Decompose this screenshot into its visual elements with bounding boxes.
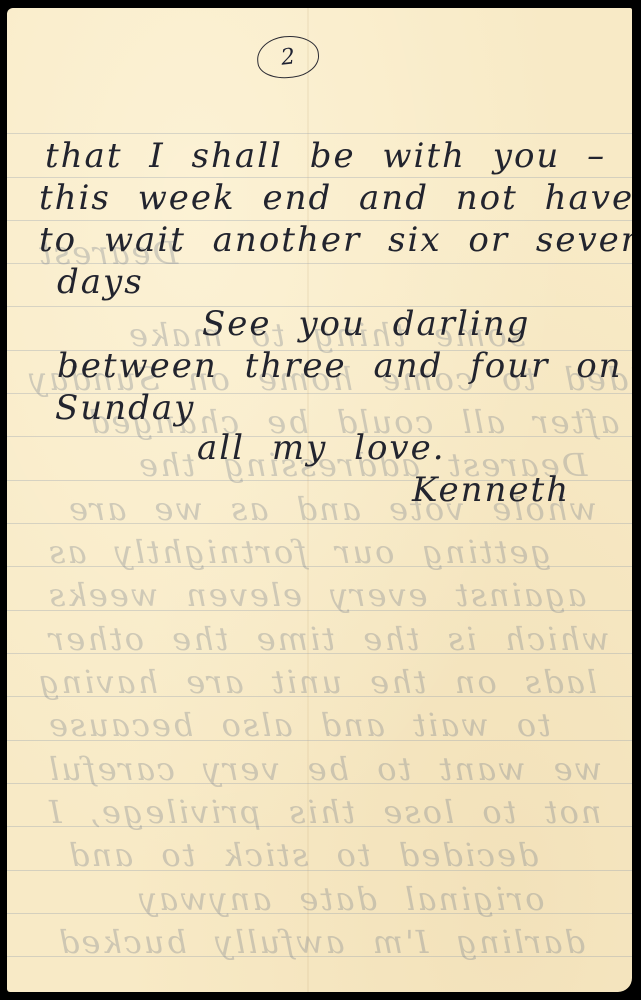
bleed-through-text: darling I'm awfully bucked: [57, 923, 585, 961]
bleed-through-text: original date anyway: [137, 880, 544, 918]
bleed-through-text: to wait and also because: [47, 706, 551, 744]
bleed-through-text: decided to stick to and: [67, 836, 538, 874]
signature: Kenneth: [412, 470, 570, 510]
page-number-circled: 2: [255, 33, 321, 81]
letter-line: days: [57, 262, 144, 302]
bleed-through-text: we want to be very careful: [47, 750, 602, 788]
closing-line: Sunday: [55, 388, 195, 428]
closing-line: between three and four on: [57, 346, 623, 386]
sign-off: all my love.: [197, 428, 446, 468]
letter-line: to wait another six or seven: [39, 220, 632, 260]
closing-line: See you darling: [202, 304, 530, 344]
bleed-through-text: getting our fortnightly as: [47, 533, 551, 571]
bleed-through-text: which is the time the other: [47, 620, 609, 658]
letter-page: Dearest some thing to make decided to co…: [7, 8, 632, 992]
ruled-line: [7, 133, 632, 134]
bleed-through-text: against every eleven weeks: [47, 576, 586, 614]
bleed-through-text: lads on the unit are having: [37, 663, 597, 701]
letter-line: that I shall be with you –: [45, 136, 606, 176]
letter-line: this week end and not have: [39, 178, 632, 218]
page-number-text: 2: [280, 44, 297, 70]
bleed-through-text: not to lose this privilege, I: [47, 793, 601, 831]
